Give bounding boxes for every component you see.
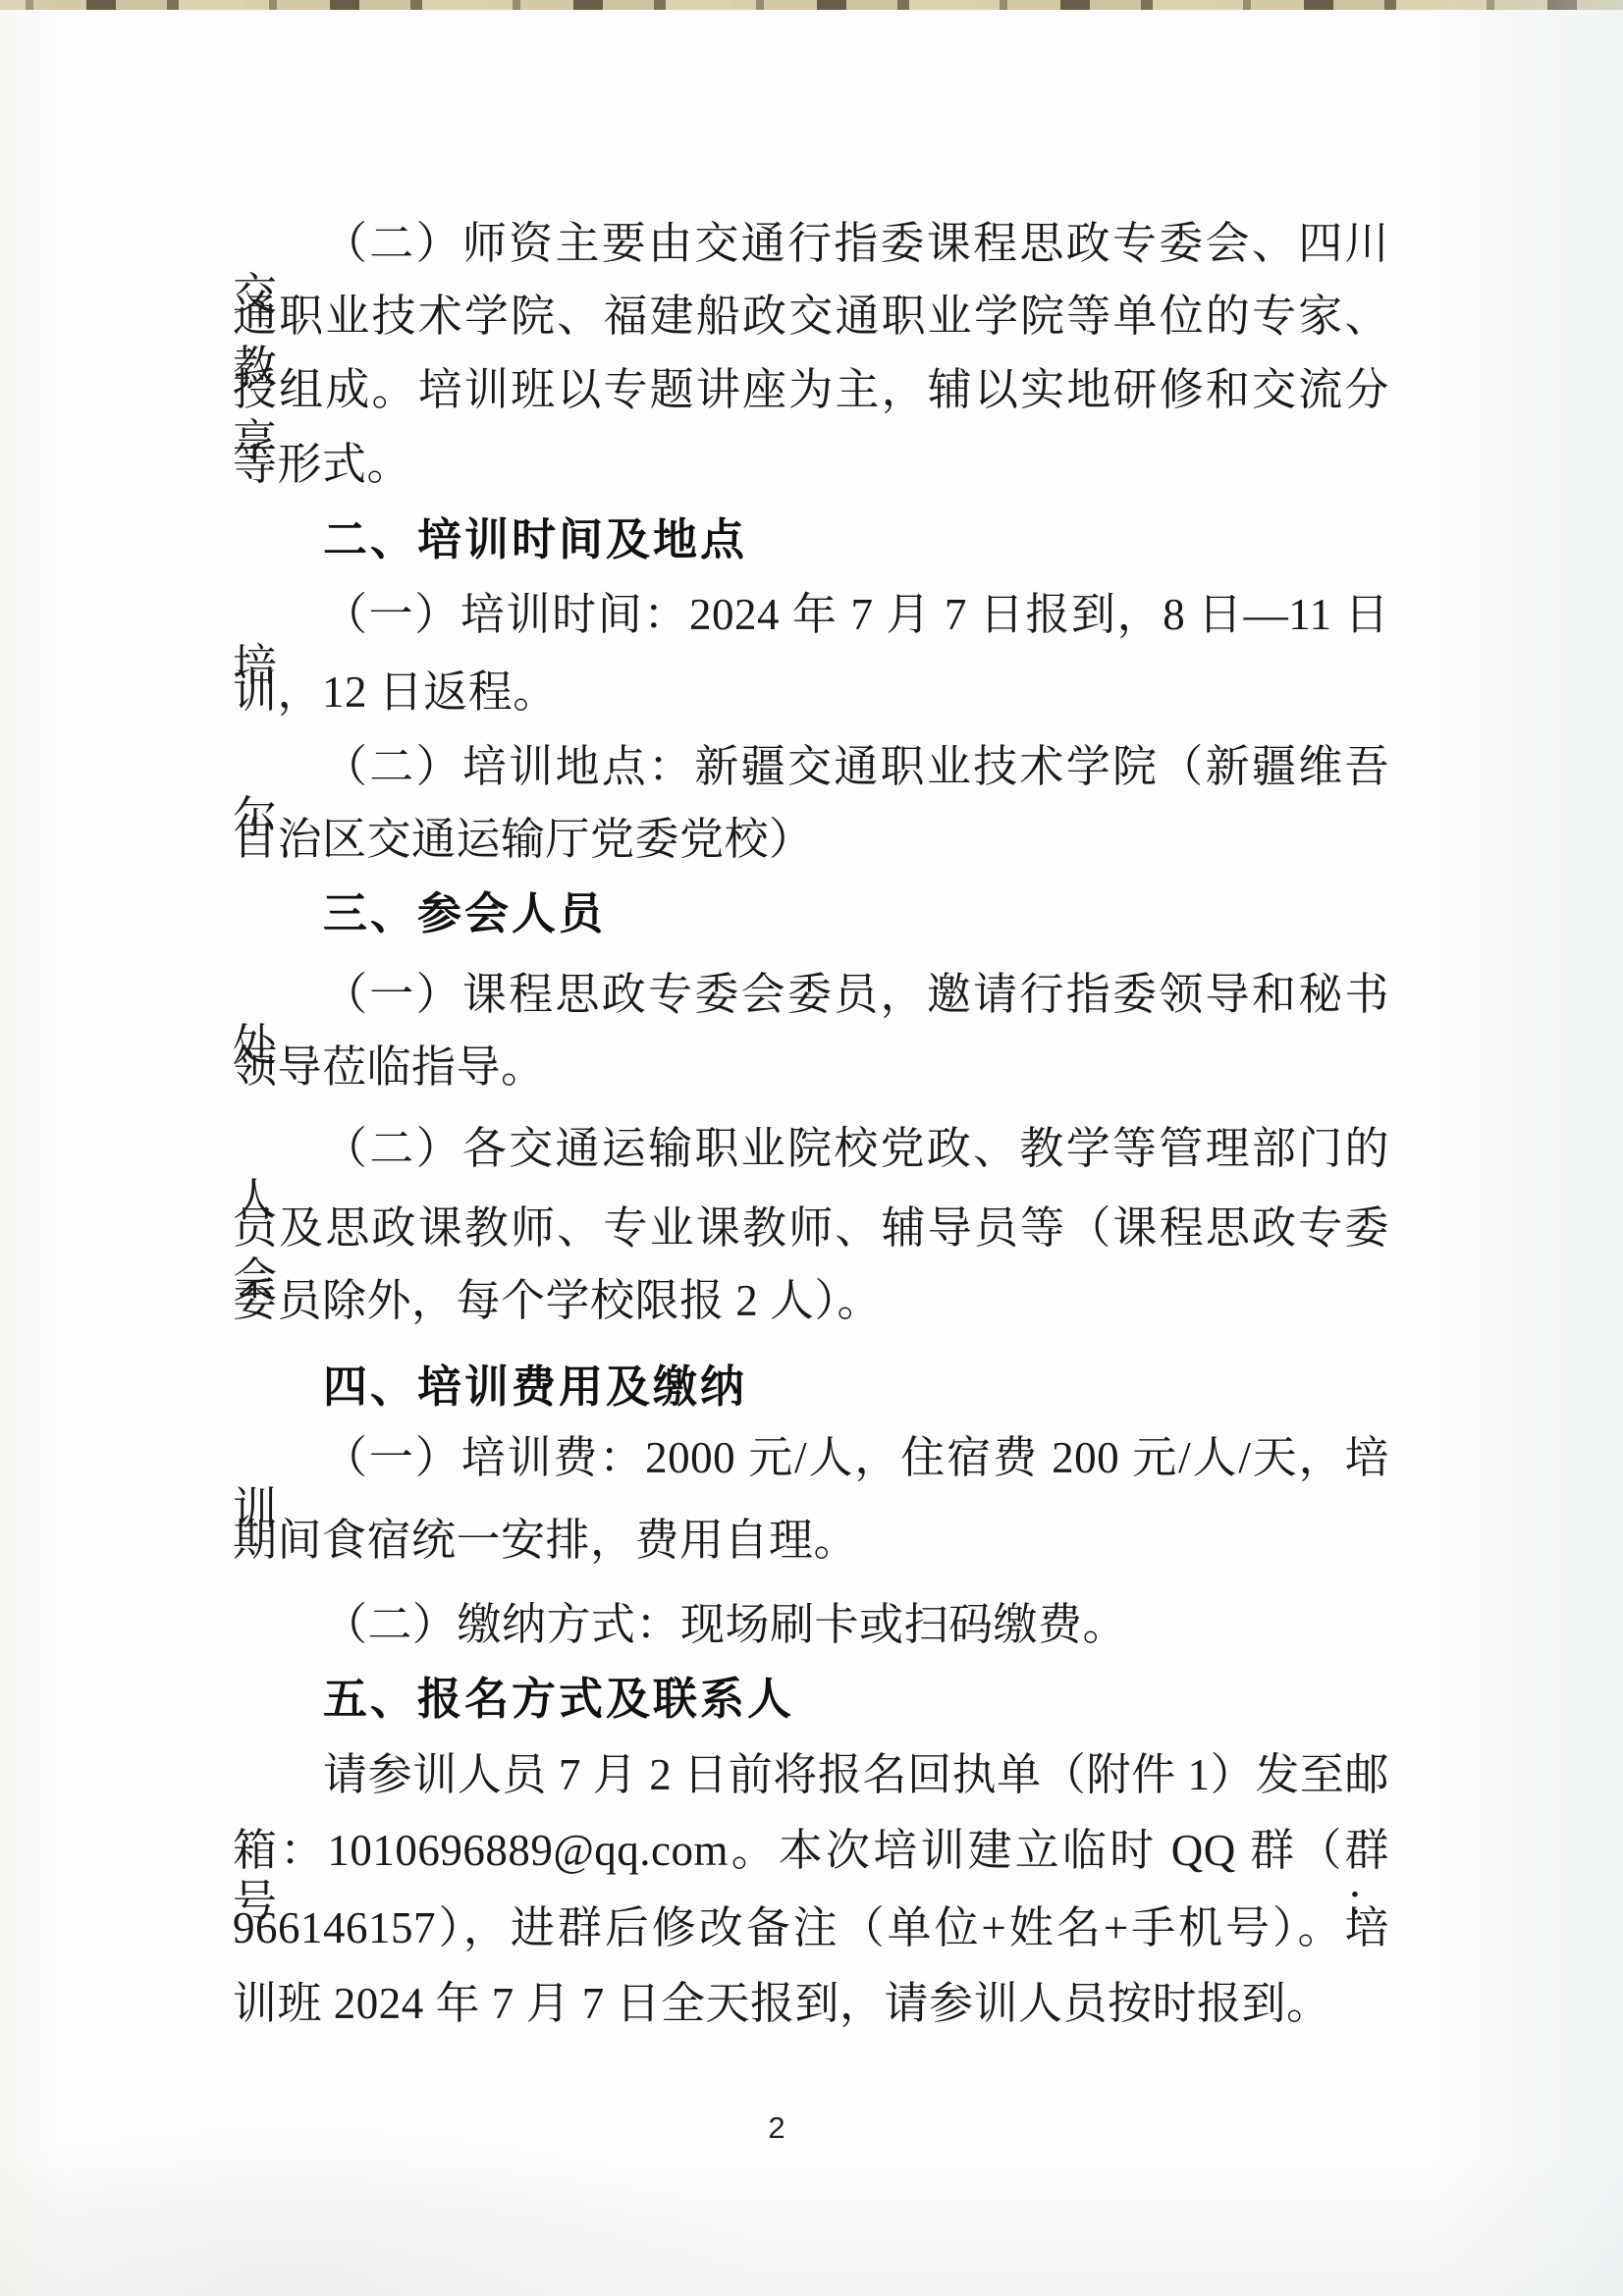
page-number: 2 <box>742 2110 811 2146</box>
paragraph-line: 训，12 日返程。 <box>233 667 1389 723</box>
paragraph-line: （二）师资主要由交通行指委课程思政专委会、四川交 <box>233 218 1389 275</box>
paragraph-line: 领导莅临指导。 <box>233 1041 1389 1098</box>
paragraph-line: （一）课程思政专委会委员，邀请行指委领导和秘书处 <box>233 969 1389 1026</box>
paragraph-line: 委员除外，每个学校限报 2 人）。 <box>233 1275 1389 1332</box>
paragraph-line: （二）各交通运输职业院校党政、教学等管理部门的人 <box>233 1123 1389 1180</box>
section-heading-fees: 四、培训费用及缴纳 <box>233 1362 1389 1418</box>
scanned-document-page: （二）师资主要由交通行指委课程思政专委会、四川交 通职业技术学院、福建船政交通职… <box>0 0 1623 2296</box>
section-heading-time-place: 二、培训时间及地点 <box>233 514 1389 571</box>
paragraph-line: 训班 2024 年 7 月 7 日全天报到，请参训人员按时报到。 <box>233 1978 1389 2035</box>
paragraph-line: 通职业技术学院、福建船政交通职业学院等单位的专家、教 <box>233 291 1389 347</box>
paragraph-line: 等形式。 <box>233 439 1389 496</box>
paragraph-line: （二）缴纳方式：现场刷卡或扫码缴费。 <box>233 1599 1389 1656</box>
section-heading-registration: 五、报名方式及联系人 <box>233 1674 1389 1731</box>
paragraph-line: 箱：1010696889@qq.com。本次培训建立临时 QQ 群（群号： <box>233 1825 1389 1882</box>
paragraph-line: （二）培训地点：新疆交通职业技术学院（新疆维吾尔 <box>233 741 1389 798</box>
paragraph-line: 966146157），进群后修改备注（单位+姓名+手机号）。培 <box>233 1902 1389 1959</box>
scan-edge-artifact <box>0 0 1623 10</box>
paragraph-line: （一）培训时间：2024 年 7 月 7 日报到，8 日—11 日培 <box>233 589 1389 646</box>
section-heading-participants: 三、参会人员 <box>233 888 1389 945</box>
paragraph-line: 自治区交通运输厅党委党校） <box>233 814 1389 871</box>
paragraph-line: 期间食宿统一安排，费用自理。 <box>233 1515 1389 1572</box>
paragraph-line: 请参训人员 7 月 2 日前将报名回执单（附件 1）发至邮 <box>233 1749 1389 1806</box>
paragraph-line: 员及思政课教师、专业课教师、辅导员等（课程思政专委会 <box>233 1202 1389 1259</box>
paragraph-line: （一）培训费：2000 元/人，住宿费 200 元/人/天，培训 <box>233 1432 1389 1489</box>
paragraph-line: 授组成。培训班以专题讲座为主，辅以实地研修和交流分享 <box>233 364 1389 421</box>
